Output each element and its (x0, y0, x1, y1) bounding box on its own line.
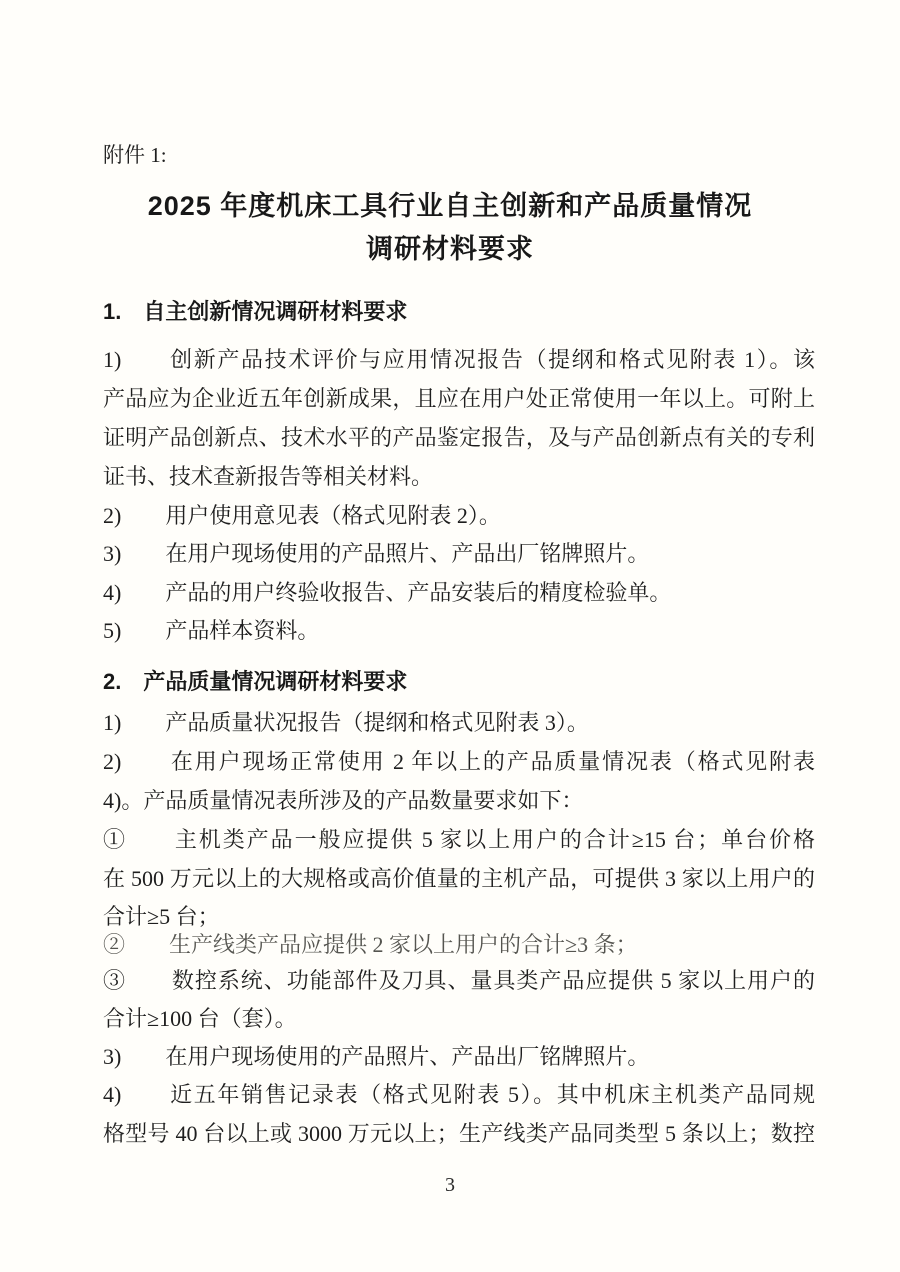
body-line: 5) 产品样本资料。 (103, 611, 815, 650)
body-line: 证书、技术查新报告等相关材料。 (103, 457, 815, 496)
body-line: 1) 创新产品技术评价与应用情况报告（提纲和格式见附表 1）。该 (103, 340, 815, 379)
body-line: 在 500 万元以上的大规格或高价值量的主机产品，可提供 3 家以上用户的 (103, 859, 815, 898)
section-2-heading: 2. 产品质量情况调研材料要求 (103, 662, 815, 701)
body-line: 4) 近五年销售记录表（格式见附表 5）。其中机床主机类产品同规 (103, 1075, 815, 1114)
body-line: 2) 用户使用意见表（格式见附表 2）。 (103, 496, 815, 535)
body-line: ② 生产线类产品应提供 2 家以上用户的合计≥3 条； (103, 925, 815, 964)
body-line: 4)。产品质量情况表所涉及的产品数量要求如下： (103, 781, 815, 820)
body-line: 3) 在用户现场使用的产品照片、产品出厂铭牌照片。 (103, 1037, 815, 1076)
attachment-label: 附件 1: (103, 136, 815, 175)
body-line: 4) 产品的用户终验收报告、产品安装后的精度检验单。 (103, 573, 815, 612)
body-line: ③ 数控系统、功能部件及刀具、量具类产品应提供 5 家以上用户的 (103, 961, 815, 1000)
body-line: 1) 产品质量状况报告（提纲和格式见附表 3）。 (103, 703, 815, 742)
document-page: 附件 1: 2025 年度机床工具行业自主创新和产品质量情况 调研材料要求 1.… (0, 0, 900, 1272)
body-line: 合计≥100 台（套）。 (103, 999, 815, 1038)
body-line: 产品应为企业近五年创新成果，且应在用户处正常使用一年以上。可附上 (103, 379, 815, 418)
section-1-heading: 1. 自主创新情况调研材料要求 (103, 292, 815, 331)
document-title-line2: 调研材料要求 (0, 229, 900, 269)
body-line: 2) 在用户现场正常使用 2 年以上的产品质量情况表（格式见附表 (103, 742, 815, 781)
page-number: 3 (0, 1166, 900, 1205)
body-line: 3) 在用户现场使用的产品照片、产品出厂铭牌照片。 (103, 534, 815, 573)
body-line: 证明产品创新点、技术水平的产品鉴定报告，及与产品创新点有关的专利 (103, 418, 815, 457)
body-line: ① 主机类产品一般应提供 5 家以上用户的合计≥15 台；单台价格 (103, 820, 815, 859)
document-title-line1: 2025 年度机床工具行业自主创新和产品质量情况 (0, 186, 900, 226)
body-line: 格型号 40 台以上或 3000 万元以上；生产线类产品同类型 5 条以上；数控 (103, 1114, 815, 1153)
